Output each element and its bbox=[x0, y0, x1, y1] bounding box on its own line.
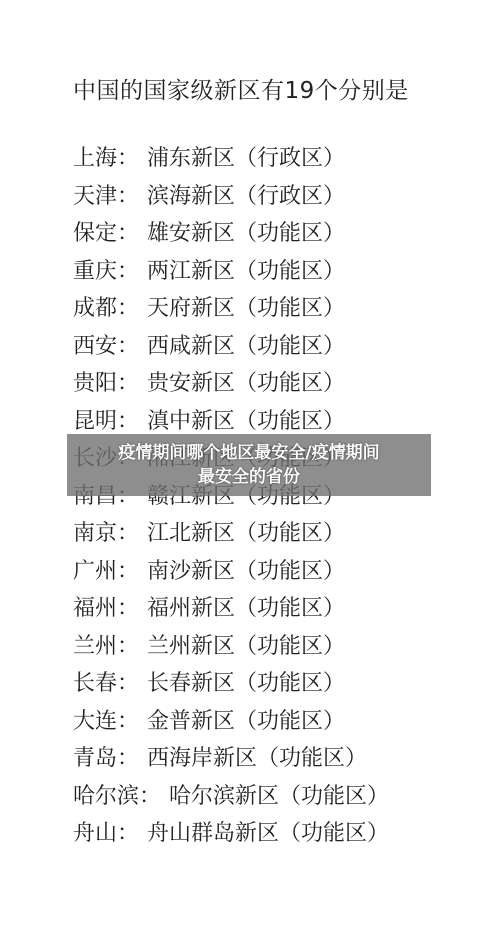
area-name: 南沙新区（功能区） bbox=[147, 559, 345, 584]
city-name: 重庆 bbox=[73, 253, 117, 291]
area-name: 舟山群岛新区（功能区） bbox=[147, 821, 389, 846]
city-name: 天津 bbox=[73, 178, 117, 216]
city-name: 大连 bbox=[73, 703, 117, 741]
separator: ： bbox=[117, 515, 139, 553]
list-item: 青岛：西海岸新区（功能区） bbox=[73, 740, 389, 778]
city-name: 西安 bbox=[73, 328, 117, 366]
list-item: 广州：南沙新区（功能区） bbox=[73, 553, 389, 591]
area-name: 西咸新区（功能区） bbox=[147, 334, 345, 359]
list-item: 保定：雄安新区（功能区） bbox=[73, 215, 389, 253]
list-item: 哈尔滨：哈尔滨新区（功能区） bbox=[73, 778, 389, 816]
city-name: 舟山 bbox=[73, 815, 117, 853]
caption-overlay: 疫情期间哪个地区最安全/疫情期间 最安全的省份 bbox=[67, 434, 431, 496]
city-name: 福州 bbox=[73, 590, 117, 628]
area-name: 贵安新区（功能区） bbox=[147, 371, 345, 396]
separator: ： bbox=[117, 178, 139, 216]
separator: ： bbox=[117, 665, 139, 703]
area-name: 浦东新区（行政区） bbox=[147, 146, 345, 171]
city-name: 贵阳 bbox=[73, 365, 117, 403]
separator: ： bbox=[117, 328, 139, 366]
separator: ： bbox=[117, 553, 139, 591]
list-item: 兰州：兰州新区（功能区） bbox=[73, 628, 389, 666]
area-name: 西海岸新区（功能区） bbox=[147, 746, 367, 771]
area-name: 天府新区（功能区） bbox=[147, 296, 345, 321]
separator: ： bbox=[117, 290, 139, 328]
area-name: 长春新区（功能区） bbox=[147, 671, 345, 696]
area-name: 福州新区（功能区） bbox=[147, 596, 345, 621]
document-title: 中国的国家级新区有19个分别是 bbox=[73, 72, 409, 105]
list-item: 天津：滨海新区（行政区） bbox=[73, 178, 389, 216]
list-item: 成都：天府新区（功能区） bbox=[73, 290, 389, 328]
area-name: 江北新区（功能区） bbox=[147, 521, 345, 546]
city-name: 成都 bbox=[73, 290, 117, 328]
list-item: 重庆：两江新区（功能区） bbox=[73, 253, 389, 291]
city-name: 上海 bbox=[73, 140, 117, 178]
separator: ： bbox=[117, 253, 139, 291]
caption-line-2: 最安全的省份 bbox=[198, 465, 300, 489]
city-name: 哈尔滨 bbox=[73, 778, 139, 816]
city-name: 南京 bbox=[73, 515, 117, 553]
separator: ： bbox=[117, 365, 139, 403]
area-name: 滇中新区（功能区） bbox=[147, 409, 345, 434]
list-item: 大连：金普新区（功能区） bbox=[73, 703, 389, 741]
separator: ： bbox=[117, 815, 139, 853]
city-name: 保定 bbox=[73, 215, 117, 253]
area-name: 滨海新区（行政区） bbox=[147, 184, 345, 209]
area-name: 两江新区（功能区） bbox=[147, 259, 345, 284]
area-name: 雄安新区（功能区） bbox=[147, 221, 345, 246]
list-item: 上海：浦东新区（行政区） bbox=[73, 140, 389, 178]
separator: ： bbox=[117, 703, 139, 741]
area-name: 金普新区（功能区） bbox=[147, 709, 345, 734]
city-name: 兰州 bbox=[73, 628, 117, 666]
city-name: 广州 bbox=[73, 553, 117, 591]
separator: ： bbox=[117, 140, 139, 178]
list-item: 贵阳：贵安新区（功能区） bbox=[73, 365, 389, 403]
list-item: 南京：江北新区（功能区） bbox=[73, 515, 389, 553]
list-item: 舟山：舟山群岛新区（功能区） bbox=[73, 815, 389, 853]
separator: ： bbox=[117, 628, 139, 666]
list-item: 长春：长春新区（功能区） bbox=[73, 665, 389, 703]
city-name: 青岛 bbox=[73, 740, 117, 778]
separator: ： bbox=[117, 590, 139, 628]
separator: ： bbox=[117, 740, 139, 778]
list-item: 西安：西咸新区（功能区） bbox=[73, 328, 389, 366]
list-item: 福州：福州新区（功能区） bbox=[73, 590, 389, 628]
separator: ： bbox=[139, 778, 161, 816]
caption-line-1: 疫情期间哪个地区最安全/疫情期间 bbox=[118, 441, 379, 465]
city-name: 长春 bbox=[73, 665, 117, 703]
separator: ： bbox=[117, 215, 139, 253]
area-name: 兰州新区（功能区） bbox=[147, 634, 345, 659]
area-name: 哈尔滨新区（功能区） bbox=[169, 784, 389, 809]
new-area-list: 上海：浦东新区（行政区） 天津：滨海新区（行政区） 保定：雄安新区（功能区） 重… bbox=[73, 140, 389, 853]
